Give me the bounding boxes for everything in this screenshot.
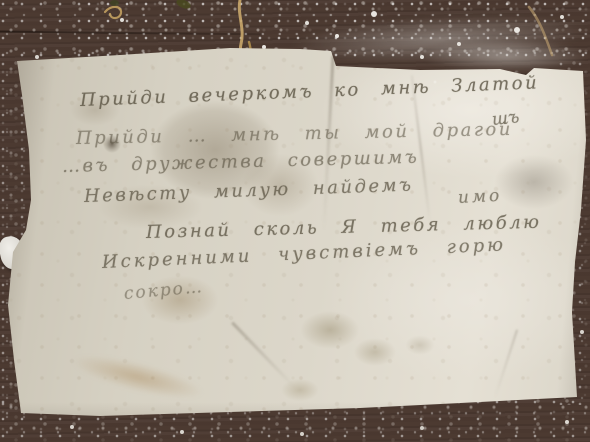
photo-old-handwritten-note: Прийди вечеркомъ ко мнѣ Златой шъ Прийди… bbox=[0, 0, 590, 442]
straw-top-right bbox=[526, 5, 560, 57]
leaf-debris-small bbox=[110, 0, 119, 6]
snow-clumps bbox=[335, 34, 339, 38]
handwritten-fragment-2: имо bbox=[457, 186, 502, 208]
dust-haze-band-2 bbox=[420, 40, 590, 72]
curled-straw bbox=[103, 4, 129, 24]
